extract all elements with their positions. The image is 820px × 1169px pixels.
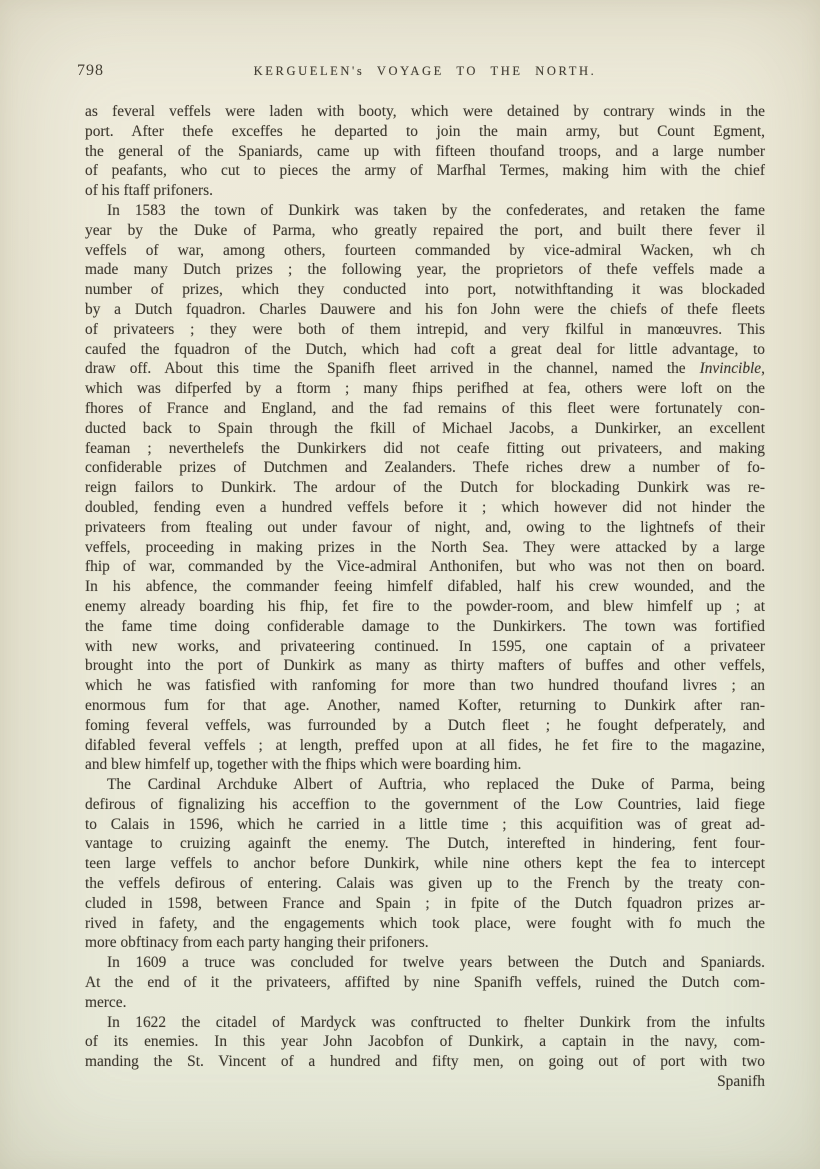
page-header: 798 KERGUELEN's VOYAGE TO THE NORTH. bbox=[85, 62, 765, 84]
text-line: ducted back to Spain through the fkill o… bbox=[85, 419, 765, 439]
text-line: defirous of fignalizing his acceffion to… bbox=[85, 795, 765, 815]
text-line: foming feveral veffels, was furrounded b… bbox=[85, 716, 765, 736]
paragraph: The Cardinal Archduke Albert of Auftria,… bbox=[85, 775, 765, 953]
text-line: In 1583 the town of Dunkirk was taken by… bbox=[85, 201, 765, 221]
text-line: which he was fatisfied with ranfoming fo… bbox=[85, 676, 765, 696]
text-line: port. After thefe exceffes he departed t… bbox=[85, 122, 765, 142]
text-line: In 1609 a truce was concluded for twelve… bbox=[85, 953, 765, 973]
text-line: rived in fafety, and the engagements whi… bbox=[85, 914, 765, 934]
text-line: the fame time doing confiderable damage … bbox=[85, 617, 765, 637]
text-line: more obftinacy from each party hanging t… bbox=[85, 933, 765, 953]
text-line: veffels of war, among others, fourteen c… bbox=[85, 241, 765, 261]
text-line: difabled feveral veffels ; at length, pr… bbox=[85, 736, 765, 756]
text-line: manding the St. Vincent of a hundred and… bbox=[85, 1052, 765, 1072]
text-line: year by the Duke of Parma, who greatly r… bbox=[85, 221, 765, 241]
book-page-scan: 798 KERGUELEN's VOYAGE TO THE NORTH. as … bbox=[0, 0, 820, 1169]
text-line: privateers from ftealing out under favou… bbox=[85, 518, 765, 538]
text-line: fhores of France and England, and the fa… bbox=[85, 399, 765, 419]
text-line: as feveral veffels were laden with booty… bbox=[85, 102, 765, 122]
text-line: vantage to cruizing againft the enemy. T… bbox=[85, 834, 765, 854]
text-line: to Calais in 1596, which he carried in a… bbox=[85, 815, 765, 835]
text-line: doubled, fending even a hundred veffels … bbox=[85, 498, 765, 518]
text-line: reign failors to Dunkirk. The ardour of … bbox=[85, 478, 765, 498]
text-line: enemy already boarding his fhip, fet fir… bbox=[85, 597, 765, 617]
text-line: brought into the port of Dunkirk as many… bbox=[85, 656, 765, 676]
text-line: merce. bbox=[85, 993, 765, 1013]
text-line: the veffels defirous of entering. Calais… bbox=[85, 874, 765, 894]
text-line: of peafants, who cut to pieces the army … bbox=[85, 161, 765, 181]
text-line: feaman ; neverthelefs the Dunkirkers did… bbox=[85, 439, 765, 459]
text-line: The Cardinal Archduke Albert of Auftria,… bbox=[85, 775, 765, 795]
text-line: the general of the Spaniards, came up wi… bbox=[85, 142, 765, 162]
text-line: confiderable prizes of Dutchmen and Zeal… bbox=[85, 458, 765, 478]
paragraph: as feveral veffels were laden with booty… bbox=[85, 102, 765, 201]
catchword: Spanifh bbox=[85, 1072, 765, 1092]
text-line: cluded in 1598, between France and Spain… bbox=[85, 894, 765, 914]
text-line: made many Dutch prizes ; the following y… bbox=[85, 260, 765, 280]
text-line: which was difperfed by a ftorm ; many fh… bbox=[85, 379, 765, 399]
text-line: and blew himfelf up, together with the f… bbox=[85, 755, 765, 775]
text-line: of his ftaff prifoners. bbox=[85, 181, 765, 201]
text-line: of its enemies. In this year John Jacobf… bbox=[85, 1032, 765, 1052]
text-line: draw off. About this time the Spanifh fl… bbox=[85, 359, 765, 379]
text-line: by a Dutch fquadron. Charles Dauwere and… bbox=[85, 300, 765, 320]
text-line: of privateers ; they were both of them i… bbox=[85, 320, 765, 340]
paragraph: In 1609 a truce was concluded for twelve… bbox=[85, 953, 765, 1012]
paragraph: In 1622 the citadel of Mardyck was conft… bbox=[85, 1013, 765, 1072]
text-line: caufed the fquadron of the Dutch, which … bbox=[85, 340, 765, 360]
text-line: In his abfence, the commander feeing him… bbox=[85, 577, 765, 597]
text-line: In 1622 the citadel of Mardyck was conft… bbox=[85, 1013, 765, 1033]
text-block: as feveral veffels were laden with booty… bbox=[85, 102, 765, 1092]
text-line: with new works, and privateering continu… bbox=[85, 637, 765, 657]
paragraph: In 1583 the town of Dunkirk was taken by… bbox=[85, 201, 765, 775]
text-line: veffels, proceeding in making prizes in … bbox=[85, 538, 765, 558]
text-line: number of prizes, which they conducted i… bbox=[85, 280, 765, 300]
text-line: enormous fum for that age. Another, name… bbox=[85, 696, 765, 716]
running-title: KERGUELEN's VOYAGE TO THE NORTH. bbox=[85, 64, 765, 79]
text-line: teen large veffels to anchor before Dunk… bbox=[85, 854, 765, 874]
text-line: At the end of it the privateers, affifte… bbox=[85, 973, 765, 993]
text-line: fhip of war, commanded by the Vice-admir… bbox=[85, 557, 765, 577]
